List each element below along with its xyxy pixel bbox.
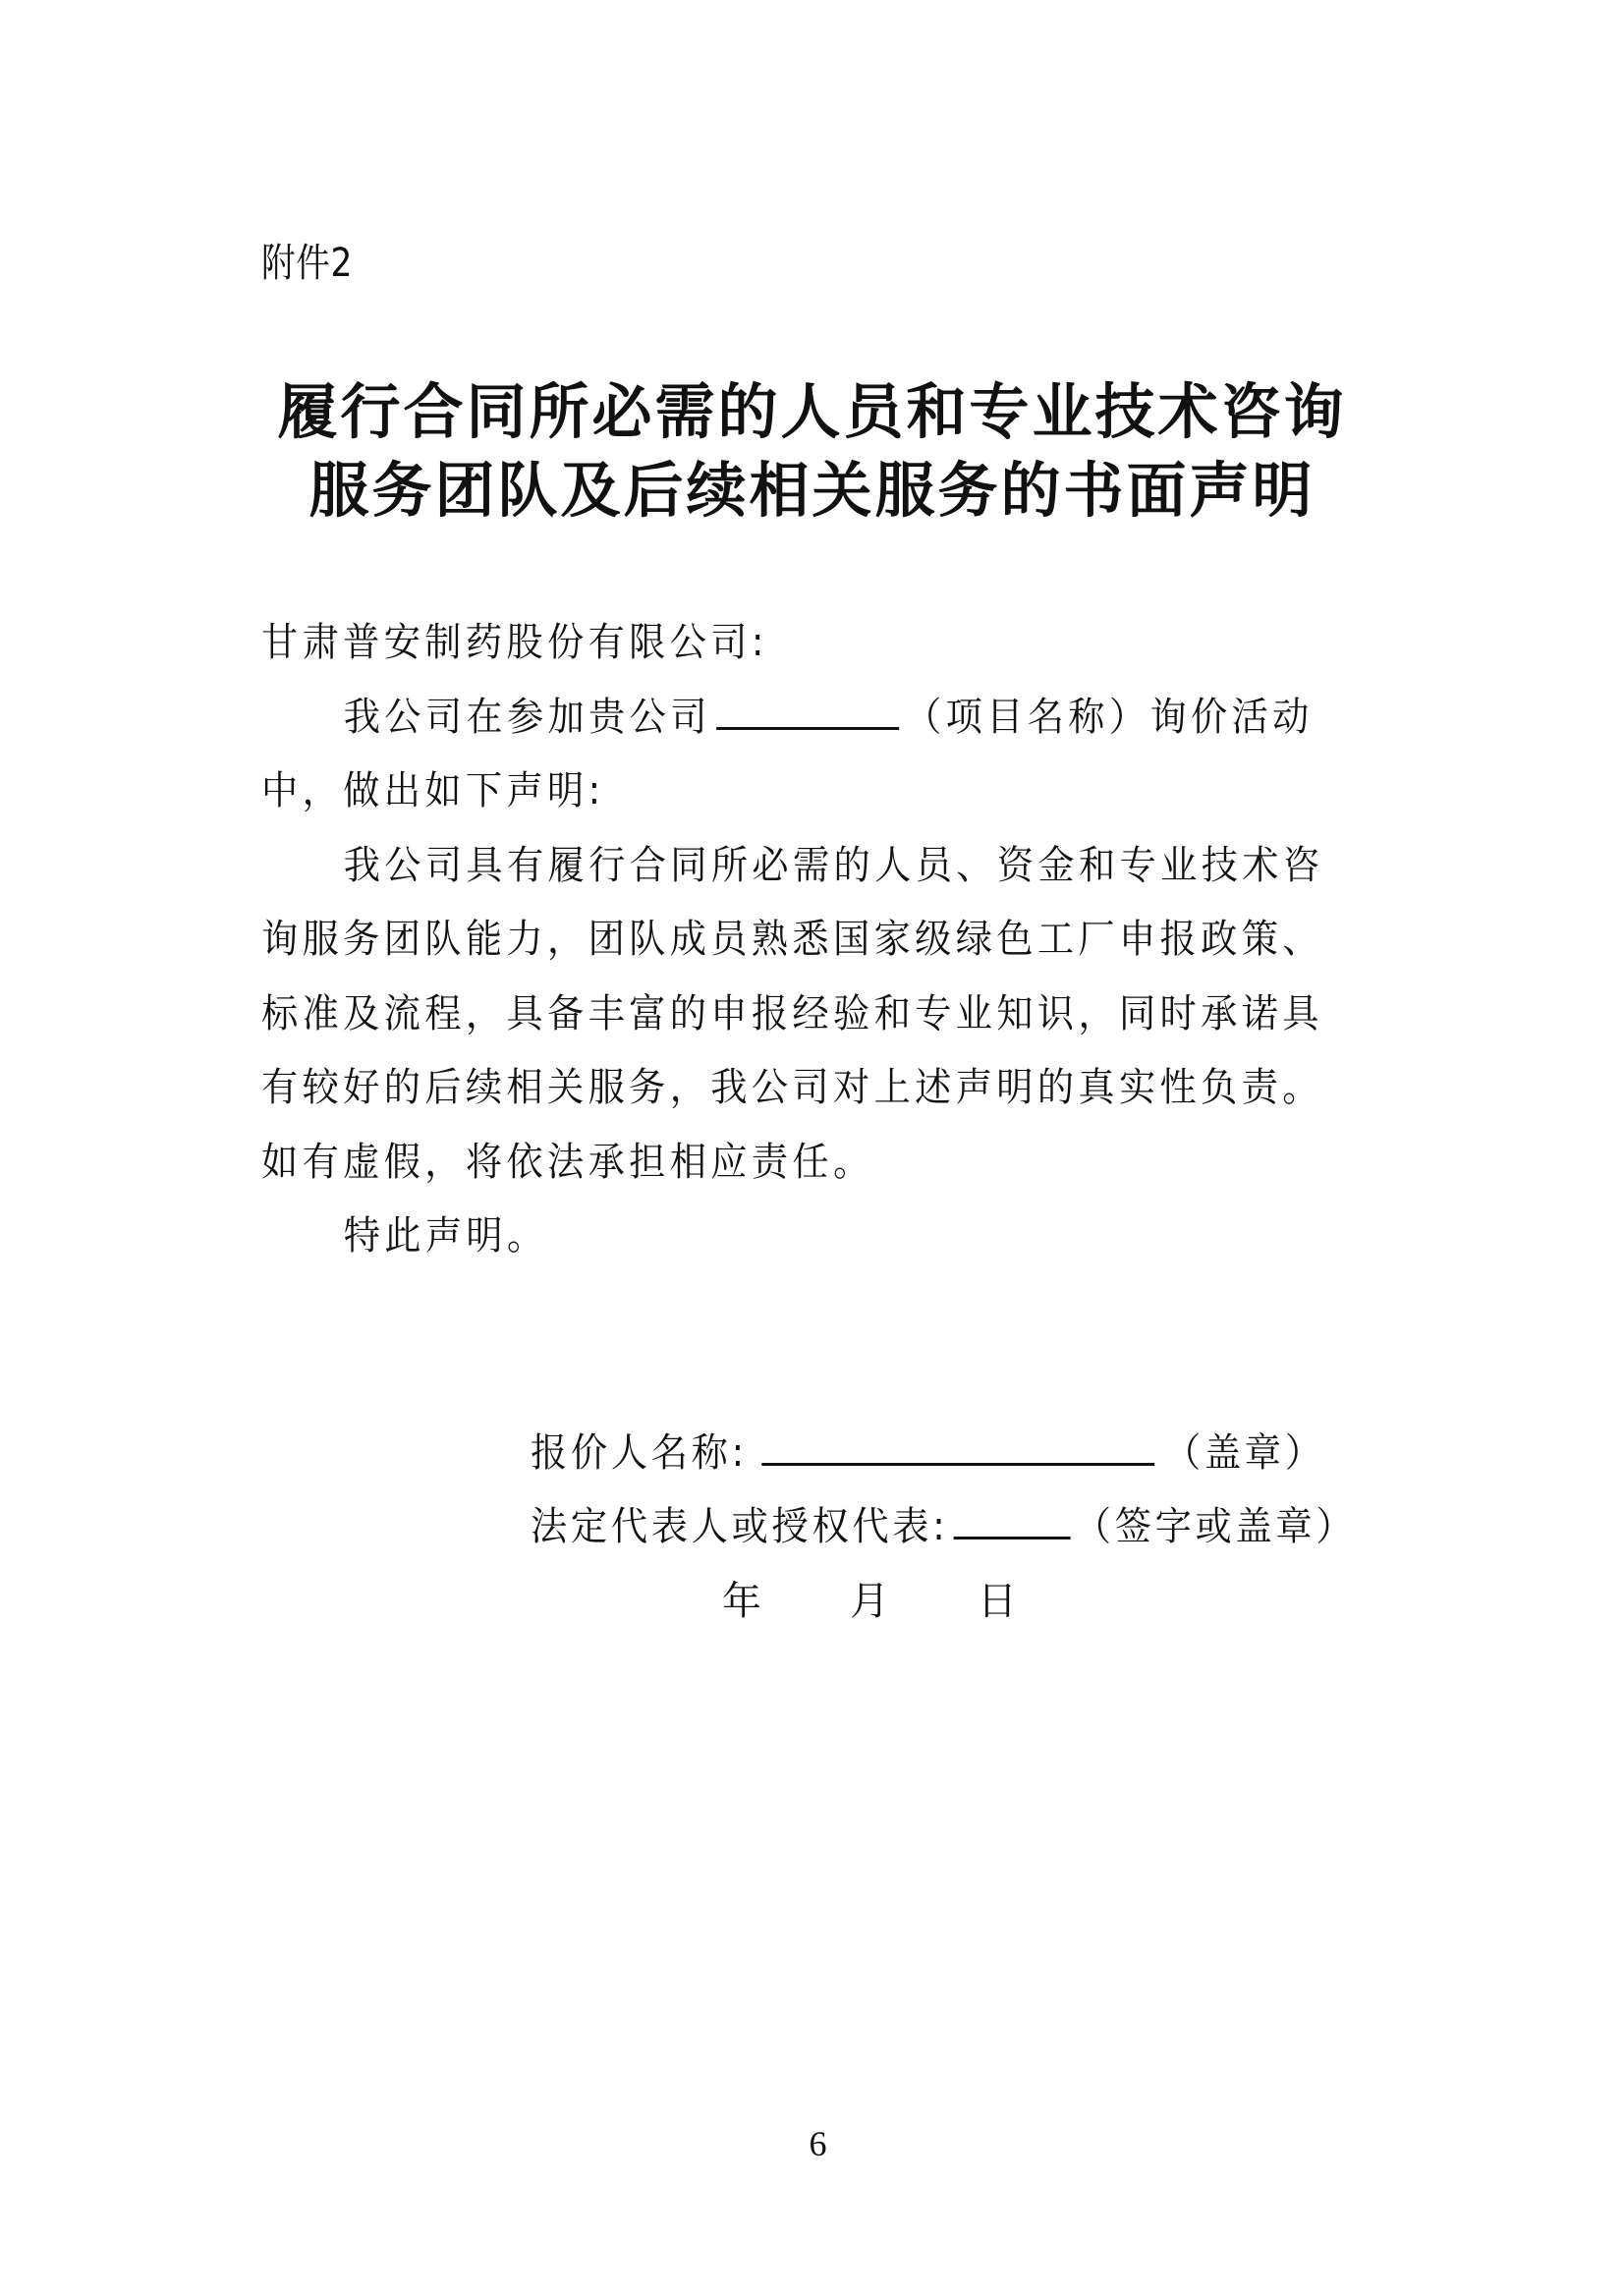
bidder-name-row: 报价人名称:（盖章） <box>531 1417 1325 1490</box>
bidder-seal-note: （盖章） <box>1164 1430 1325 1476</box>
paragraph-1-line-1: 我公司在参加贵公司（项目名称）询价活动 <box>261 681 1289 756</box>
declaration-body: 甘肃普安制药股份有限公司: 我公司在参加贵公司（项目名称）询价活动 中，做出如下… <box>261 606 1367 1274</box>
bidder-name-blank[interactable] <box>762 1426 1155 1466</box>
representative-blank[interactable] <box>954 1499 1071 1539</box>
document-title-line-2: 服务团队及后续相关服务的书面声明 <box>0 452 1624 531</box>
paragraph-2-line-3: 标准及流程，具备丰富的申报经验和专业知识，同时承诺具 <box>261 978 1289 1052</box>
bidder-name-label: 报价人名称: <box>531 1430 748 1476</box>
page-number: 6 <box>0 2122 1624 2165</box>
representative-row: 法定代表人或授权代表:（签字或盖章） <box>531 1490 1356 1564</box>
date-year-label: 年 <box>722 1565 761 1639</box>
paragraph-2-line-1: 我公司具有履行合同所必需的人员、资金和专业技术咨 <box>261 829 1289 904</box>
project-name-blank[interactable] <box>716 690 899 730</box>
representative-label: 法定代表人或授权代表: <box>531 1504 948 1549</box>
paragraph-2-line-4: 有较好的后续相关服务，我公司对上述声明的真实性负责。 <box>261 1051 1289 1126</box>
paragraph-1-line-2: 中，做出如下声明: <box>261 755 1289 829</box>
salutation: 甘肃普安制药股份有限公司: <box>261 606 1289 681</box>
paragraph-1-before-blank: 我公司在参加贵公司 <box>344 695 711 740</box>
closing-statement: 特此声明。 <box>261 1200 1289 1274</box>
date-month-label: 月 <box>850 1565 889 1639</box>
date-day-label: 日 <box>978 1565 1017 1639</box>
representative-sign-note: （签字或盖章） <box>1075 1504 1356 1549</box>
paragraph-2-line-5: 如有虚假，将依法承担相应责任。 <box>261 1126 1289 1201</box>
paragraph-1-after-blank: （项目名称）询价活动 <box>905 695 1314 740</box>
paragraph-2-line-2: 询服务团队能力，团队成员熟悉国家级绿色工厂申报政策、 <box>261 903 1289 978</box>
document-page: 附件2 履行合同所必需的人员和专业技术咨询 服务团队及后续相关服务的书面声明 甘… <box>0 0 1624 2295</box>
date-row: 年 月 日 <box>0 1565 1624 1639</box>
attachment-label: 附件2 <box>261 240 353 287</box>
document-title-line-1: 履行合同所必需的人员和专业技术咨询 <box>0 373 1624 452</box>
